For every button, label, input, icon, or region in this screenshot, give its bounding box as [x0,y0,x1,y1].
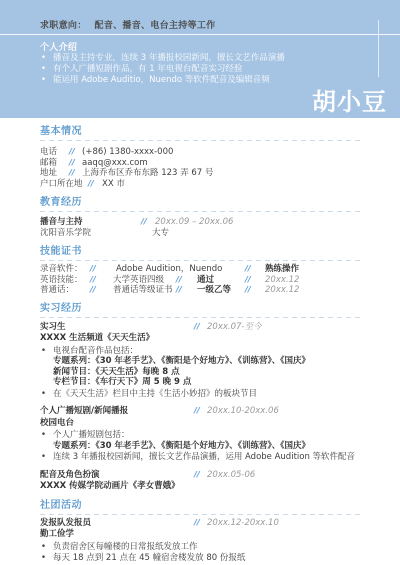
detail-text: 每天 18 点到 21 点在 45 幢宿舍楼发放 80 份报纸 [53,553,245,563]
bullet-dot-icon: • [41,75,46,86]
info-label: 邮箱 [40,158,57,169]
detail-text: 专栏节目：《车行天下》周 5 晚 9 点 [53,377,191,387]
entry-detail-list: •个人广播短剧包括： 专题系列：《30 年老手艺》、《衡阳是个好地方》、《训练营… [40,430,362,463]
detail-text: 在《天天生活》栏目中主持《生活小妙招》的板块节目 [53,389,257,399]
info-value: (+86) 1380-xxxx-000 [82,147,173,158]
skill-row-recording-software: 录音软件： // Adobe Audition，Nuendo // 熟练操作 [40,264,362,275]
skills-rows: 录音软件： // Adobe Audition，Nuendo // 熟练操作 英… [40,264,362,296]
entry-role: 个人广播短剧/新闻播报 [40,406,128,417]
detail-text: 电视台配音作品包括： [53,346,138,356]
skill-label: 录音软件： [40,264,83,275]
bullet-dot-icon: • [41,542,46,553]
slash-separator: // [194,518,200,529]
internship-entry-3: 配音及角色扮演 // 20xx.05-06 XXXX 传媒学院动画片《孝女曹娥》 [40,470,362,492]
bullet-dot-icon: • [41,64,46,75]
bullet-dot-icon: • [41,346,46,357]
intro-bullet-text: 能运用 Adobe Auditio，Nuendo 等软件配音及编辑音频 [53,75,270,85]
skill-result: 一级乙等 [197,285,231,296]
detail-text: 负责宿舍区每幢楼的日常报纸发放工作 [53,542,198,552]
entry-role: 发报队发报员 [40,518,91,529]
section-divider [40,140,362,141]
entry-detail-list: •负责宿舍区每幢楼的日常报纸发放工作 •每天 18 点到 21 点在 45 幢宿… [40,542,362,564]
education-school-row: 沈阳音乐学院 大专 [40,228,362,239]
slash-separator: // [69,158,75,169]
slash-separator: // [176,285,182,296]
header-vertical-accent-line [378,20,379,77]
candidate-name: 胡小豆 [312,90,387,114]
detail-text: 新闻节目：《天天生活》每晚 8 点 [53,367,180,377]
slash-separator: // [90,275,96,286]
skill-date: 20xx.12 [265,285,299,296]
detail-text: 个人广播短剧包括： [53,430,130,440]
info-label: 户口所在地 [40,179,83,190]
detail-text: 专题系列：《30 年老手艺》、《衡阳是个好地方》、《训练营》、《国庆》 [53,356,310,366]
skill-value: 普通话等级证书 [113,285,173,296]
section-divider [40,260,362,261]
detail-bullet-item: •连续 3 年播报校园新闻，擅长文艺作品演播，运用 Adobe Audition… [40,452,362,463]
intro-bullet-item: •播音及主持专业，连续 3 年播报校园新闻，擅长文艺作品演播 [40,53,285,64]
entry-period: 20xx.05-06 [207,470,255,481]
slash-separator: // [194,470,200,481]
section-internship: 实习经历 实习生 // 20xx.07-至今 XXXX 生活频道《天天生活》 •… [40,303,362,492]
club-entry-1: 发报队发报员 // 20xx.12-20xx.10 勤工俭学 •负责宿舍区每幢楼… [40,518,362,564]
detail-bullet-item: •负责宿舍区每幢楼的日常报纸发放工作 [40,542,362,553]
slash-separator: // [90,285,96,296]
intro-bullet-list: •播音及主持专业，连续 3 年播报校园新闻，擅长文艺作品演播 •有个人广播短剧作… [40,53,285,86]
entry-organization: XXXX 生活频道《天天生活》 [40,333,362,344]
header-divider-line [0,34,400,35]
entry-role-row: 个人广播短剧/新闻播报 // 20xx.10-20xx.06 [40,406,362,417]
entry-detail-list: •电视台配音作品包括： 专题系列：《30 年老手艺》、《衡阳是个好地方》、《训练… [40,346,362,400]
slash-separator: // [245,275,251,286]
entry-role-row: 发报队发报员 // 20xx.12-20xx.10 [40,518,362,529]
skill-label: 普通话： [40,285,74,296]
info-row-phone: 电话 // (+86) 1380-xxxx-000 [40,147,362,158]
resume-page: 求职意向：配音、播音、电台主持等工作 个人介绍 •播音及主持专业，连续 3 年播… [0,0,400,565]
job-intent-row: 求职意向：配音、播音、电台主持等工作 [40,18,215,31]
detail-sub-item: 专栏节目：《车行天下》周 5 晚 9 点 [40,377,362,388]
slash-separator: // [194,322,200,333]
slash-separator: // [245,285,251,296]
detail-text: 专题系列：《30 年老手艺》、《衡阳是个好地方》、《训练营》、《国庆》 [53,441,310,451]
slash-separator: // [69,147,75,158]
detail-bullet-item: •电视台配音作品包括： [40,346,362,357]
skill-level: 熟练操作 [265,264,299,275]
job-intent-value: 配音、播音、电台主持等工作 [95,21,216,31]
section-title: 基本情况 [40,126,362,138]
info-label: 地址 [40,168,57,179]
resume-body: 基本情况 电话 // (+86) 1380-xxxx-000 邮箱 // aaq… [0,126,400,564]
resume-header: 求职意向：配音、播音、电台主持等工作 个人介绍 •播音及主持专业，连续 3 年播… [0,0,400,118]
bullet-dot-icon: • [41,553,46,564]
skill-row-mandarin: 普通话： // 普通话等级证书 // 一级乙等 // 20xx.12 [40,285,362,296]
education-degree: 大专 [152,228,169,239]
detail-sub-item: 专题系列：《30 年老手艺》、《衡阳是个好地方》、《训练营》、《国庆》 [40,441,362,452]
skill-value: Adobe Audition，Nuendo [116,264,222,275]
entry-organization: XXXX 传媒学院动画片《孝女曹娥》 [40,481,362,492]
section-divider [40,514,362,515]
basic-info-rows: 电话 // (+86) 1380-xxxx-000 邮箱 // aaqq@xxx… [40,147,362,189]
entry-period: 20xx.12-20xx.10 [207,518,279,529]
entry-period: 20xx.10-20xx.06 [207,406,279,417]
education-rows: 播音与主持 // 20xx.09 – 20xx.06 沈阳音乐学院 大专 [40,217,362,238]
section-basic-info: 基本情况 电话 // (+86) 1380-xxxx-000 邮箱 // aaq… [40,126,362,189]
info-row-address: 地址 // 上海乔布区乔布东路 123 弄 67 号 [40,168,362,179]
intro-title: 个人介绍 [40,40,77,53]
entry-role-row: 配音及角色扮演 // 20xx.05-06 [40,470,362,481]
entry-period: 20xx.07-至今 [207,322,261,333]
info-value: aaqq@xxx.com [82,158,148,169]
intro-bullet-text: 有个人广播短剧作品，有 1 年电视台配音实习经验 [53,64,242,74]
detail-bullet-item: •在《天天生活》栏目中主持《生活小妙招》的板块节目 [40,389,362,400]
info-value: XX 市 [102,179,125,190]
slash-separator: // [90,264,96,275]
entry-role-row: 实习生 // 20xx.07-至今 [40,322,362,333]
section-title: 社团活动 [40,500,362,512]
entry-organization: 校园电台 [40,418,362,429]
skill-date: 20xx.12 [265,275,299,286]
entry-organization: 勤工俭学 [40,529,362,540]
section-divider [40,317,362,318]
skill-label: 英语技能： [40,275,83,286]
detail-text: 连续 3 年播报校园新闻，擅长文艺作品演播，运用 Adobe Audition … [53,452,355,462]
section-divider [40,211,362,212]
info-label: 电话 [40,147,57,158]
entry-role: 实习生 [40,322,66,333]
slash-separator: // [69,168,75,179]
section-title: 技能证书 [40,246,362,258]
section-title: 实习经历 [40,303,362,315]
entry-role: 配音及角色扮演 [40,470,100,481]
bullet-dot-icon: • [41,389,46,400]
internship-entry-2: 个人广播短剧/新闻播报 // 20xx.10-20xx.06 校园电台 •个人广… [40,406,362,463]
detail-sub-item: 专题系列：《30 年老手艺》、《衡阳是个好地方》、《训练营》、《国庆》 [40,356,362,367]
skill-value: 大学英语四级 [113,275,164,286]
detail-bullet-item: •每天 18 点到 21 点在 45 幢宿舍楼发放 80 份报纸 [40,553,362,564]
slash-separator: // [88,179,94,190]
section-club-activities: 社团活动 发报队发报员 // 20xx.12-20xx.10 勤工俭学 •负责宿… [40,500,362,564]
internship-entry-1: 实习生 // 20xx.07-至今 XXXX 生活频道《天天生活》 •电视台配音… [40,322,362,400]
slash-separator: // [141,217,147,228]
info-value: 上海乔布区乔布东路 123 弄 67 号 [82,168,213,179]
education-major: 播音与主持 [40,217,83,228]
job-intent-label: 求职意向： [40,21,87,31]
slash-separator: // [176,275,182,286]
info-row-registered-residence: 户口所在地 // XX 市 [40,179,362,190]
education-period: 20xx.09 – 20xx.06 [155,217,233,228]
intro-bullet-text: 播音及主持专业，连续 3 年播报校园新闻，擅长文艺作品演播 [53,53,285,63]
intro-bullet-item: •有个人广播短剧作品，有 1 年电视台配音实习经验 [40,64,285,75]
slash-separator: // [194,406,200,417]
section-title: 教育经历 [40,197,362,209]
detail-bullet-item: •个人广播短剧包括： [40,430,362,441]
intro-bullet-item: •能运用 Adobe Auditio，Nuendo 等软件配音及编辑音频 [40,75,285,86]
section-education: 教育经历 播音与主持 // 20xx.09 – 20xx.06 沈阳音乐学院 大… [40,197,362,238]
bullet-dot-icon: • [41,53,46,64]
slash-separator: // [245,264,251,275]
bullet-dot-icon: • [41,430,46,441]
detail-sub-item: 新闻节目：《天天生活》每晚 8 点 [40,367,362,378]
bullet-dot-icon: • [41,452,46,463]
skill-result: 通过 [197,275,214,286]
info-row-email: 邮箱 // aaqq@xxx.com [40,158,362,169]
education-major-row: 播音与主持 // 20xx.09 – 20xx.06 [40,217,362,228]
skill-row-english: 英语技能： // 大学英语四级 // 通过 // 20xx.12 [40,275,362,286]
education-school: 沈阳音乐学院 [40,228,91,239]
section-skills: 技能证书 录音软件： // Adobe Audition，Nuendo // 熟… [40,246,362,296]
